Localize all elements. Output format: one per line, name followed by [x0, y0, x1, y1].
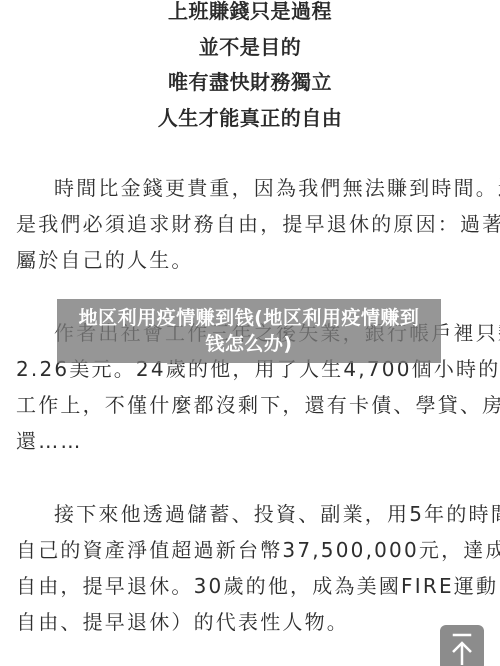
paragraph-line: 時間比金錢更貴重，因為我們無法賺到時間。這就 [16, 170, 478, 206]
overlay-title: 地区利用疫情赚到钱(地区利用疫情赚到钱怎么办) [77, 305, 421, 357]
paragraph-line: 自由，提早退休。30歲的他，成為美國FIRE運動（財務 [16, 568, 478, 604]
title-overlay-banner: 地区利用疫情赚到钱(地区利用疫情赚到钱怎么办) [57, 299, 441, 363]
arrow-up-to-line-icon [449, 633, 475, 665]
paragraph-line: 自由、提早退休）的代表性人物。 [16, 604, 478, 640]
paragraph-3: 接下來他透過儲蓄、投資、副業，用5年的時間使 自己的資產淨值超過新台幣37,50… [16, 496, 478, 640]
paragraph-line: 屬於自己的人生。 [16, 242, 478, 278]
paragraph-line: 接下來他透過儲蓄、投資、副業，用5年的時間使 [16, 496, 478, 532]
heading-line: 上班賺錢只是過程 [0, 0, 500, 30]
article-heading: 上班賺錢只是過程 並不是目的 唯有盡快財務獨立 人生才能真正的自由 [0, 0, 500, 136]
heading-line: 人生才能真正的自由 [0, 101, 500, 137]
paragraph-line: 工作上，不僅什麼都沒剩下，還有卡債、學貸、房租要 [16, 387, 478, 423]
paragraph-line: 還…… [16, 423, 478, 459]
heading-line: 並不是目的 [0, 30, 500, 66]
paragraph-line: 是我們必須追求財務自由，提早退休的原因：過著真正 [16, 206, 478, 242]
paragraph-line: 自己的資產淨值超過新台幣37,500,000元，達成了財務 [16, 532, 478, 568]
back-to-top-button[interactable] [440, 625, 484, 666]
paragraph-1: 時間比金錢更貴重，因為我們無法賺到時間。這就 是我們必須追求財務自由，提早退休的… [16, 170, 478, 278]
heading-line: 唯有盡快財務獨立 [0, 65, 500, 101]
